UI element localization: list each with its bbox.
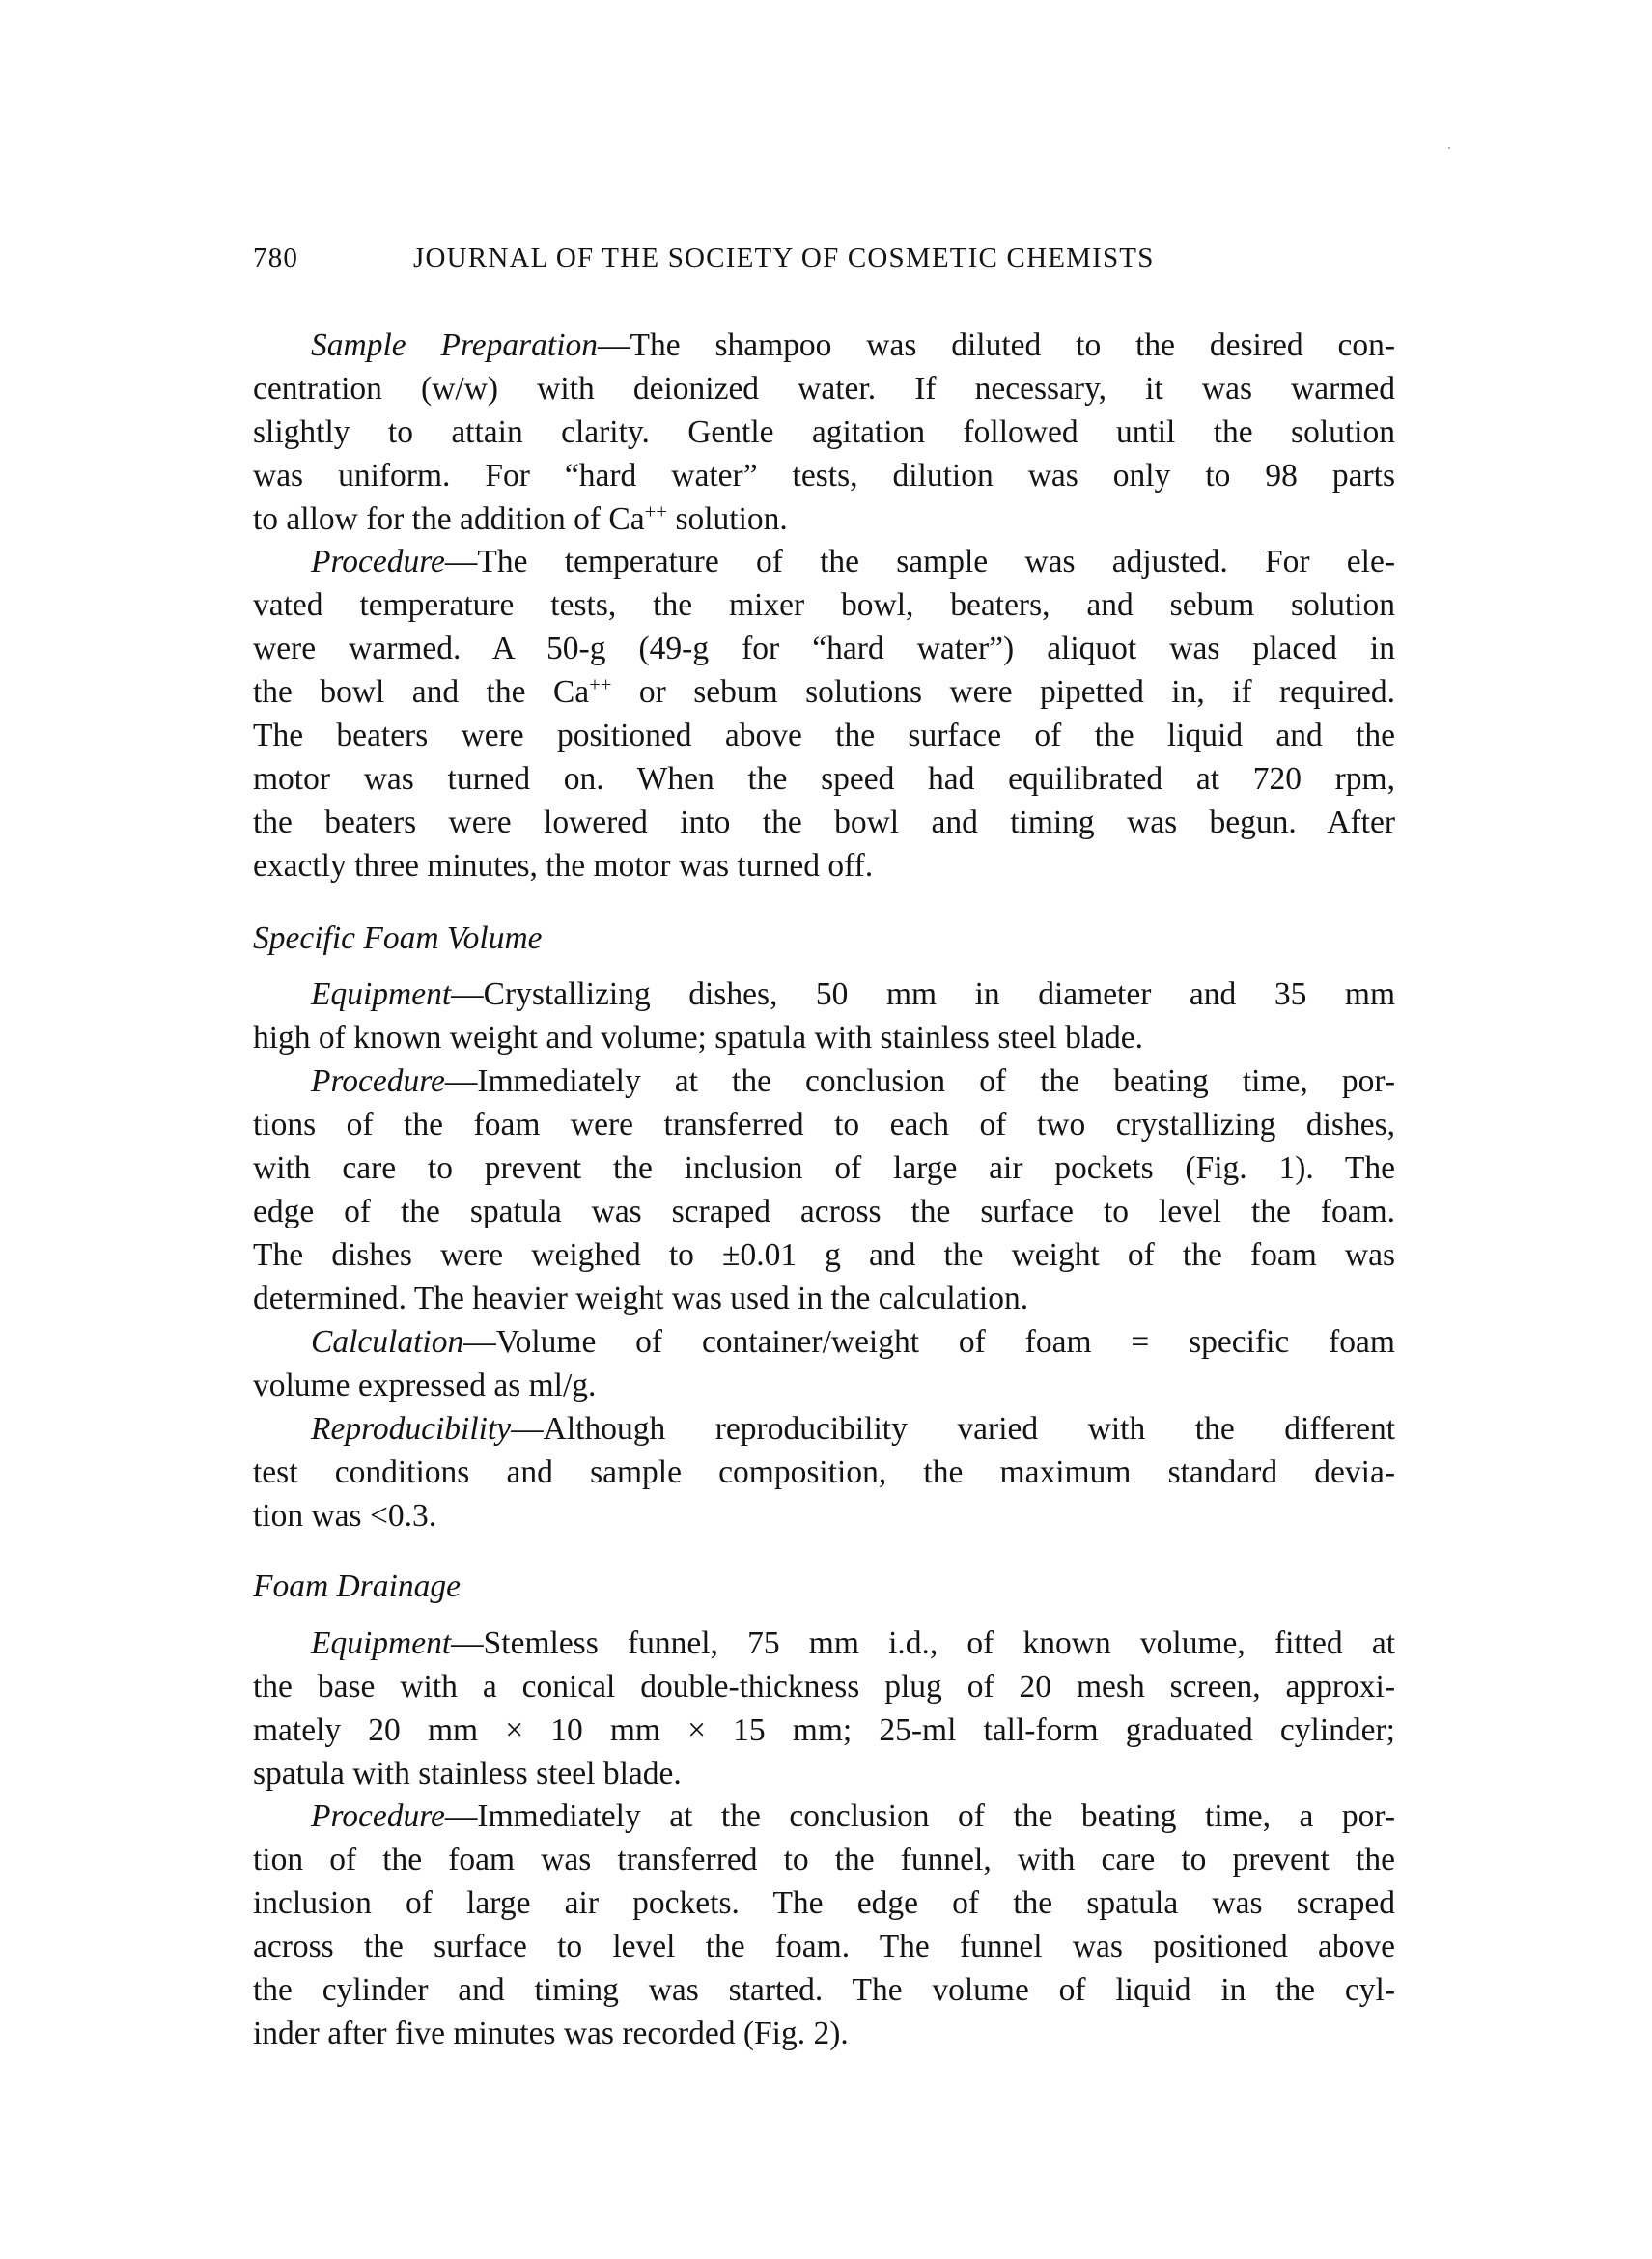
paragraph-equipment-fd-line-1: Equipment—Stemless funnel, 75 mm i.d., o… [311,1622,1395,1665]
paragraph-procedure-line-8: exactly three minutes, the motor was tur… [253,844,1395,888]
paragraph-procedure-fd-line-1: Procedure—Immediately at the conclusion … [311,1794,1395,1838]
paragraph-procedure-line-7: the beaters were lowered into the bowl a… [253,801,1395,844]
paragraph-procedure-fd-line-2: tion of the foam was transferred to the … [253,1838,1395,1881]
paragraph-reproducibility-line-1: Reproducibility—Although reproducibility… [311,1407,1395,1451]
run-in-heading-procedure: Procedure [311,1063,445,1099]
paragraph-sample-preparation-line-5: to allow for the addition of Ca++ soluti… [253,497,1395,541]
paragraph-equipment-fd-line-2: the base with a conical double-thickness… [253,1665,1395,1708]
paragraph-calculation-line-1: Calculation—Volume of container/weight o… [311,1320,1395,1364]
journal-title: JOURNAL OF THE SOCIETY OF COSMETIC CHEMI… [413,241,1155,274]
paragraph-procedure-fd-line-4: across the surface to level the foam. Th… [253,1925,1395,1968]
paragraph-procedure-sfv-line-2: tions of the foam were transferred to ea… [253,1103,1395,1146]
section-heading-foam-drainage: Foam Drainage [253,1565,461,1608]
paragraph-sample-preparation-line-1: Sample Preparation—The shampoo was dilut… [311,324,1395,367]
paragraph-procedure-sfv-line-6: determined. The heavier weight was used … [253,1277,1395,1320]
paragraph-procedure-fd-line-3: inclusion of large air pockets. The edge… [253,1881,1395,1925]
run-in-heading-sample-preparation: Sample Preparation [311,327,598,363]
run-in-heading-calculation: Calculation [311,1324,463,1360]
paragraph-equipment-fd-line-3: mately 20 mm × 10 mm × 15 mm; 25-ml tall… [253,1708,1395,1752]
run-in-heading-procedure: Procedure [311,544,445,579]
paragraph-procedure-line-1: Procedure—The temperature of the sample … [311,540,1395,583]
paragraph-procedure-line-4: the bowl and the Ca++ or sebum solutions… [253,670,1395,714]
paragraph-procedure-line-2: vated temperature tests, the mixer bowl,… [253,583,1395,627]
paragraph-procedure-fd-line-6: inder after five minutes was recorded (F… [253,2012,1395,2055]
paragraph-procedure-sfv-line-3: with care to prevent the inclusion of la… [253,1146,1395,1190]
page-number: 780 [253,241,298,274]
paragraph-procedure-sfv-line-4: edge of the spatula was scraped across t… [253,1190,1395,1233]
scan-speck [1448,147,1450,149]
paragraph-procedure-line-6: motor was turned on. When the speed had … [253,757,1395,801]
run-in-heading-procedure: Procedure [311,1798,445,1834]
running-head: 780 JOURNAL OF THE SOCIETY OF COSMETIC C… [253,241,1395,274]
calcium-charge-superscript: ++ [645,501,667,523]
calcium-charge-superscript: ++ [589,674,611,696]
paragraph-procedure-sfv-line-5: The dishes were weighed to ±0.01 g and t… [253,1233,1395,1277]
paragraph-calculation-line-2: volume expressed as ml/g. [253,1364,1395,1407]
paragraph-reproducibility-line-3: tion was <0.3. [253,1494,1395,1538]
paragraph-sample-preparation-line-2: centration (w/w) with deionized water. I… [253,367,1395,410]
paragraph-procedure-line-5: The beaters were positioned above the su… [253,714,1395,757]
paragraph-equipment-line-1: Equipment—Crystallizing dishes, 50 mm in… [311,973,1395,1016]
paragraph-equipment-line-2: high of known weight and volume; spatula… [253,1016,1395,1059]
paragraph-sample-preparation-line-3: slightly to attain clarity. Gentle agita… [253,410,1395,454]
run-in-heading-equipment: Equipment [311,976,451,1012]
paragraph-sample-preparation-line-4: was uniform. For “hard water” tests, dil… [253,454,1395,497]
run-in-heading-equipment: Equipment [311,1625,451,1661]
section-heading-specific-foam-volume: Specific Foam Volume [253,917,543,960]
paragraph-equipment-fd-line-4: spatula with stainless steel blade. [253,1752,1395,1795]
run-in-heading-reproducibility: Reproducibility [311,1411,511,1447]
paragraph-procedure-sfv-line-1: Procedure—Immediately at the conclusion … [311,1059,1395,1103]
paragraph-procedure-line-3: were warmed. A 50-g (49-g for “hard wate… [253,627,1395,670]
paragraph-reproducibility-line-2: test conditions and sample composition, … [253,1451,1395,1494]
paragraph-procedure-fd-line-5: the cylinder and timing was started. The… [253,1968,1395,2012]
journal-page: 780 JOURNAL OF THE SOCIETY OF COSMETIC C… [0,0,1652,2259]
